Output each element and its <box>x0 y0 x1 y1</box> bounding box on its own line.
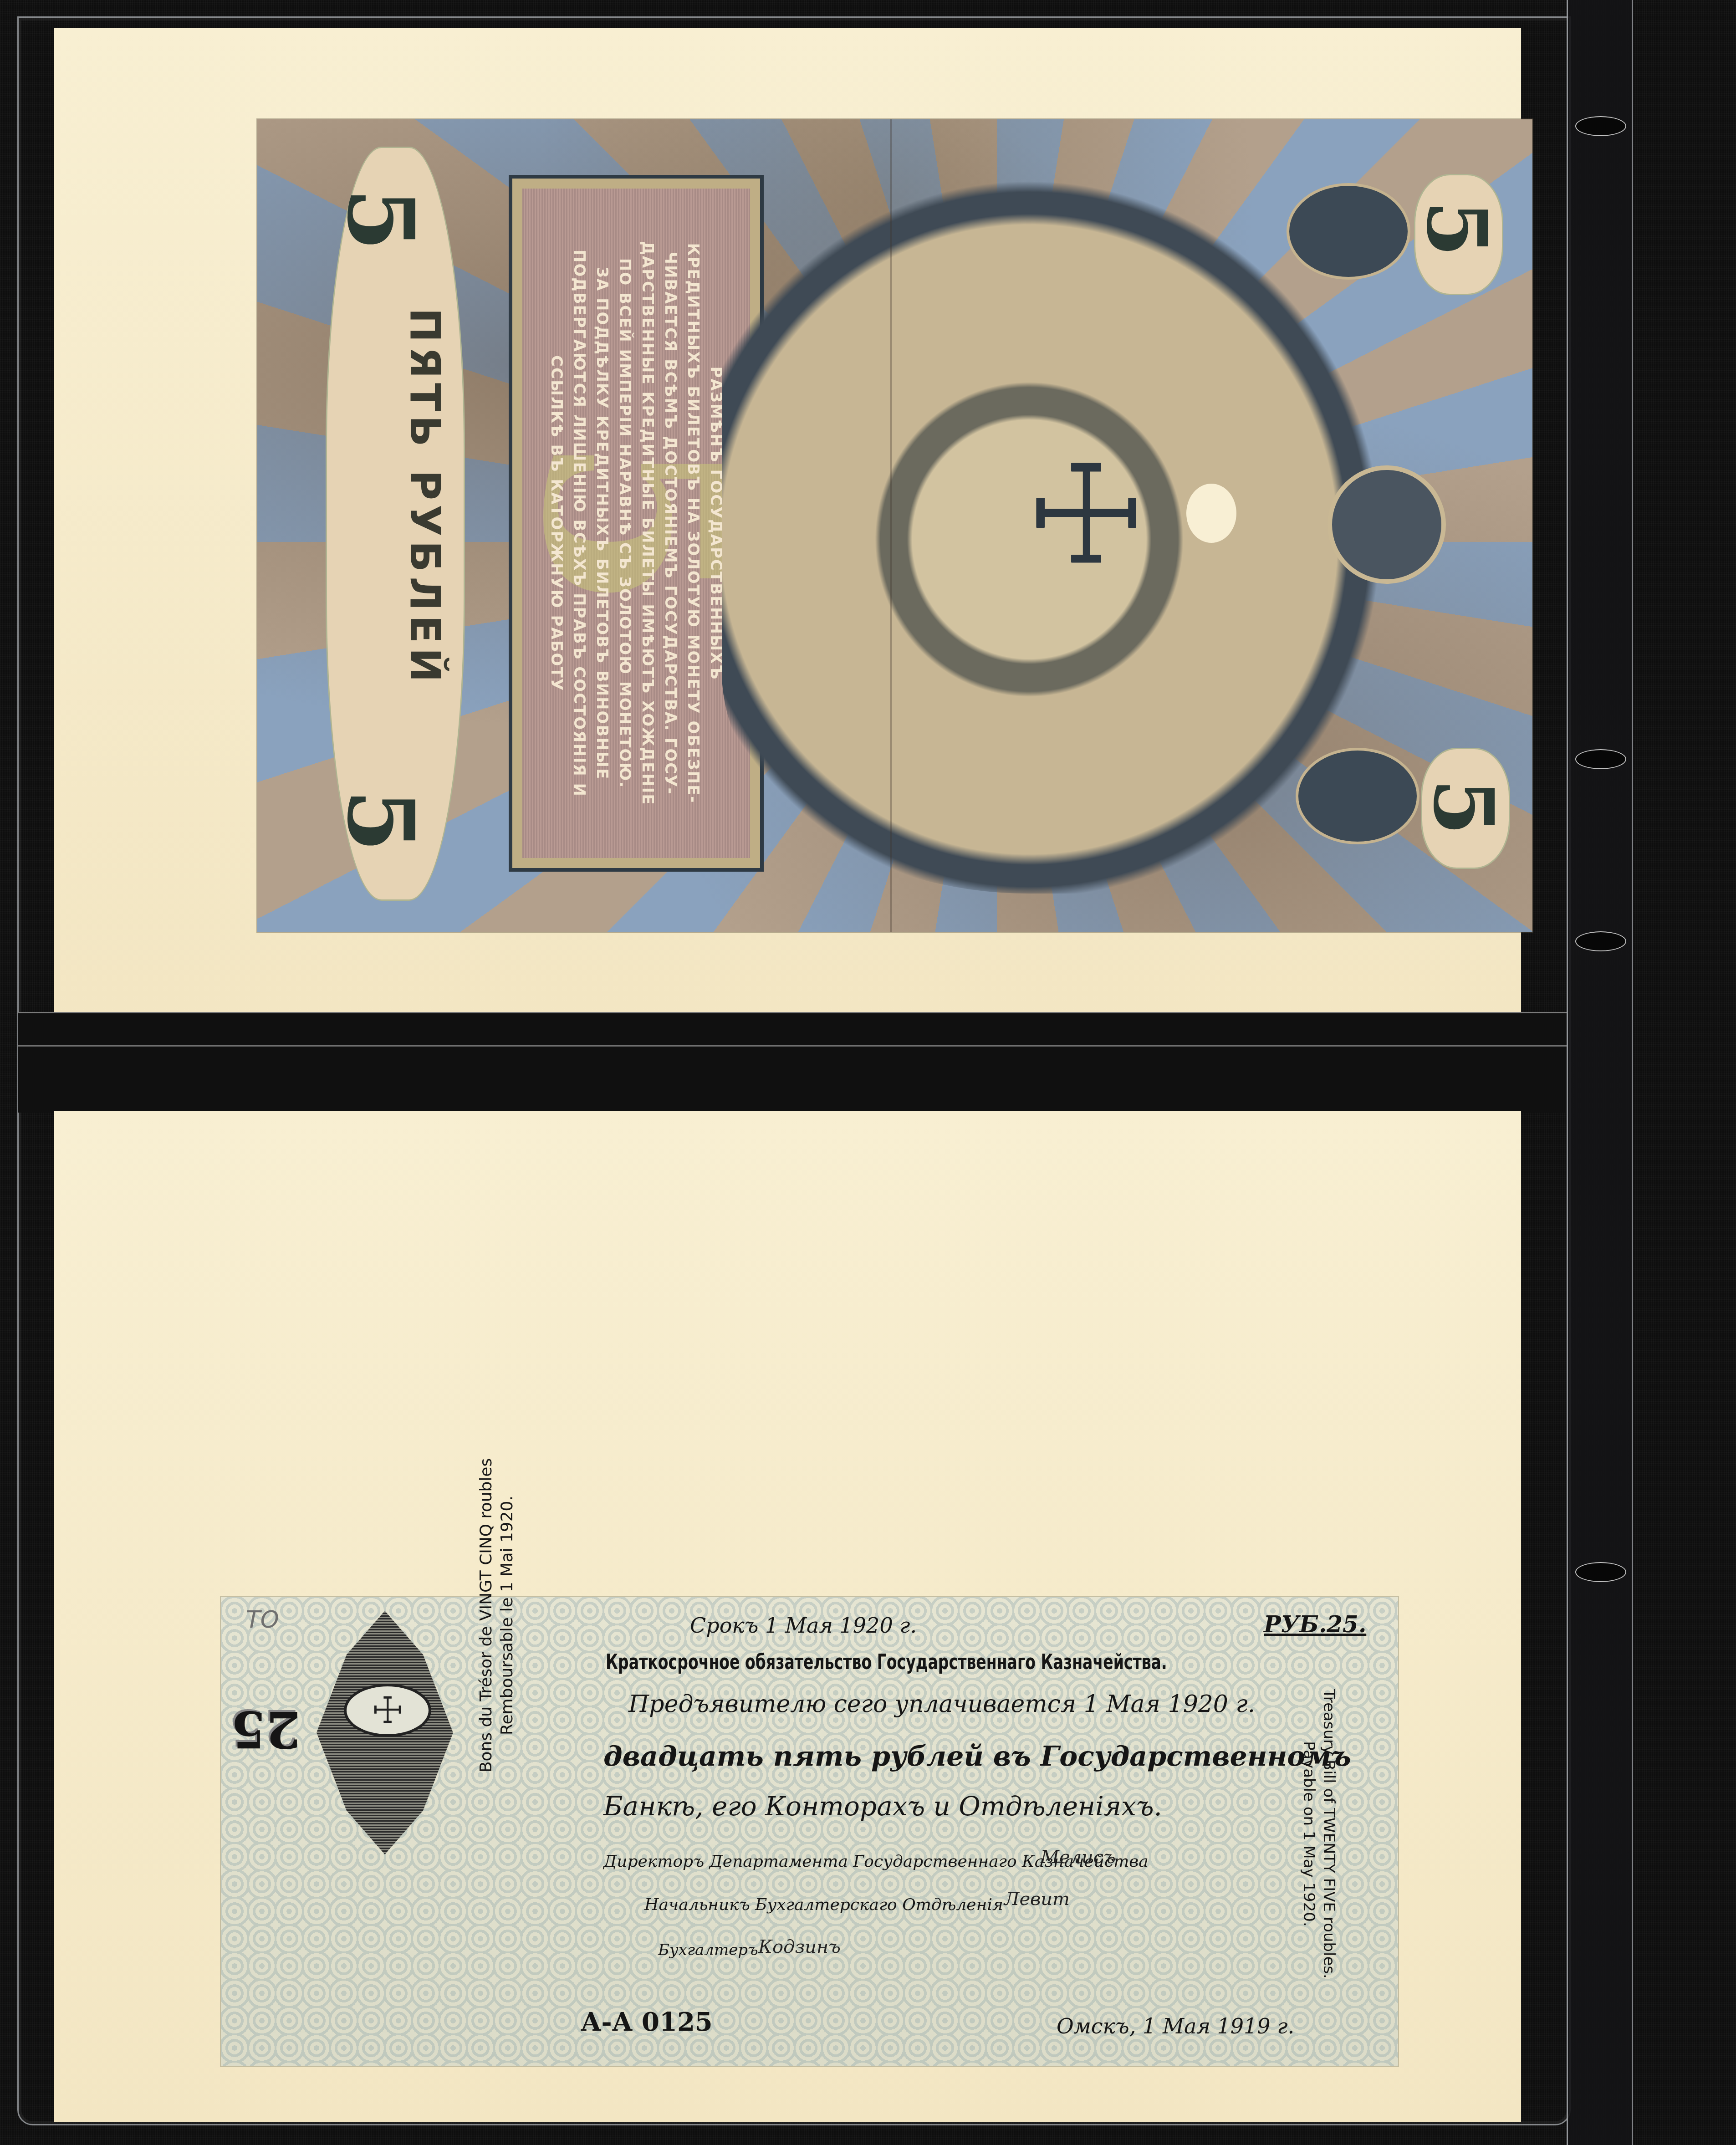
side-denomination: 25 <box>250 1695 301 1754</box>
punch-hole <box>1575 116 1626 136</box>
term-date: Срокъ 1 Мая 1920 г. <box>690 1613 917 1638</box>
issue-place-date: Омскъ, 1 Мая 1919 г. <box>1057 2014 1294 2038</box>
orb-ornament <box>1287 183 1410 280</box>
amount-words-line: двадцать пять рублей въ Государственномъ <box>603 1741 1351 1772</box>
english-legend: Treasury Bill of TWENTY FIVE roubles. Pa… <box>1299 1615 1339 2053</box>
value-in-words: ПЯТЬ РУБЛЕЙ <box>401 292 449 702</box>
signature-chief: Левит <box>1004 1889 1070 1910</box>
signature-director: Мелисъ <box>1041 1847 1116 1868</box>
punched-hole <box>1186 484 1236 543</box>
signature-accountant: Кодзинъ <box>758 1936 841 1957</box>
chief-accountant-line: Начальникъ Бухгалтерскаго Отдѣленія <box>644 1895 1003 1914</box>
banknote-25-roubles-omsk: TO 25 ☩ Bons du Trésor de VINGT CINQ rou… <box>221 1597 1398 2066</box>
legend-text: РАЗМѢНЪ ГОСУДАРСТВЕННЫХЪ КРЕДИТНЫХЪ БИЛЕ… <box>545 227 727 819</box>
payable-line: Предъявителю сего уплачивается 1 Мая 192… <box>628 1690 1255 1718</box>
punch-hole <box>1575 931 1626 951</box>
banknote-5-roubles: 5 5 ПЯТЬ РУБЛЕЙ 5 РАЗМѢНЪ ГОСУДАРСТВЕННЫ… <box>257 119 1532 932</box>
denomination-numeral: 5 <box>335 188 426 251</box>
bank-line: Банкѣ, его Конторахъ и Отдѣленіяхъ. <box>603 1791 1162 1822</box>
crown-ornament <box>1328 465 1446 584</box>
french-legend: Bons du Trésor de VINGT CINQ roubles Rem… <box>476 1397 518 1834</box>
orb-ornament <box>1296 748 1419 844</box>
pencil-mark: TO <box>246 1606 279 1634</box>
denomination-numeral: 5 <box>1422 778 1504 835</box>
fold-line <box>890 119 892 932</box>
punch-hole <box>1575 1562 1626 1582</box>
accountant-line: Бухгалтеръ <box>658 1941 758 1959</box>
punch-hole <box>1575 749 1626 769</box>
binder-strip <box>1567 0 1633 2145</box>
denomination-numeral: 5 <box>1415 200 1497 257</box>
denomination-numeral: 5 <box>335 789 426 852</box>
double-headed-eagle-icon: ☩ <box>344 1684 431 1737</box>
pocket-divider <box>18 1012 1567 1113</box>
double-headed-eagle-icon: ☩ <box>1013 420 1159 611</box>
serial-number: А-А 0125 <box>581 2007 713 2037</box>
bill-title: Краткосрочное обязательство Государствен… <box>606 1650 1167 1674</box>
